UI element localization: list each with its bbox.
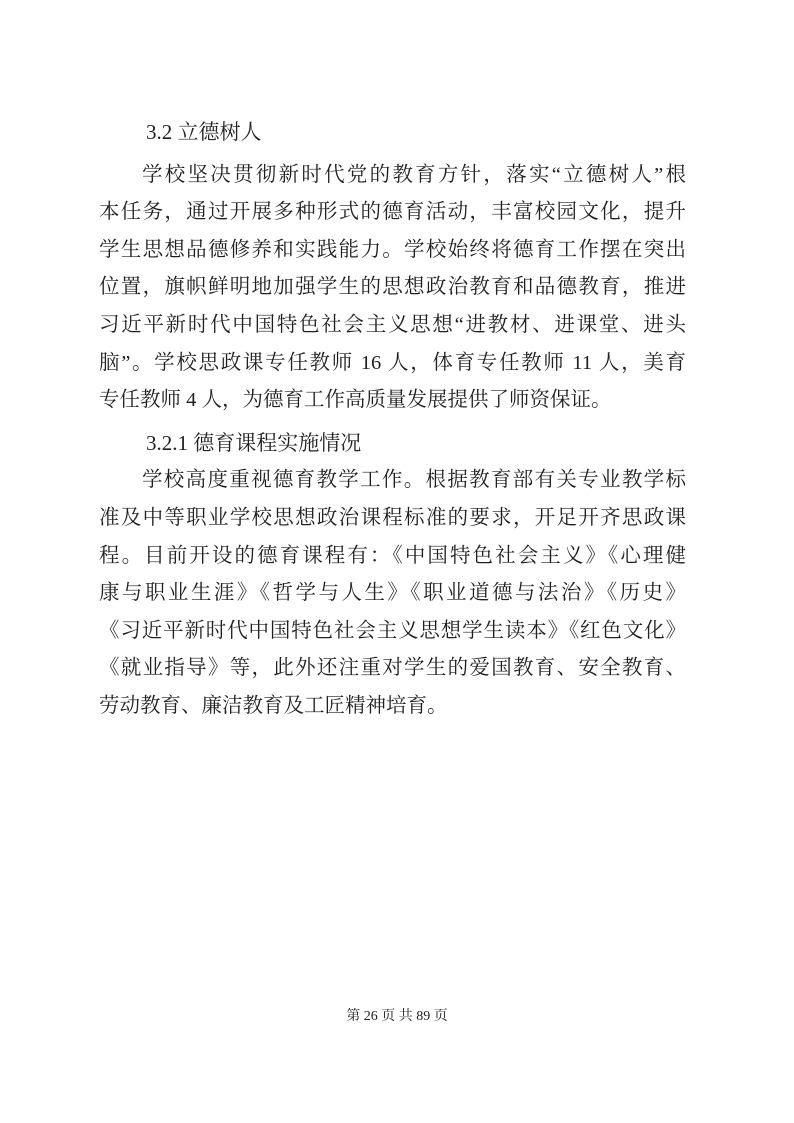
paragraph-lide-shuren: 学校坚决贯彻新时代党的教育方针，落实“立德树人”根 本任务，通过开展多种形式的德… xyxy=(99,157,686,420)
text-line: 学校高度重视德育教学工作。根据教育部有关专业教学标 xyxy=(99,462,686,500)
page-number-footer: 第 26 页 共 89 页 xyxy=(0,1007,794,1027)
text-line: 准及中等职业学校思想政治课程标准的要求，开足开齐思政课 xyxy=(99,500,686,538)
text-line: 《习近平新时代中国特色社会主义思想学生读本》《红色文化》 xyxy=(99,613,686,651)
section-heading-3-2: 3.2 立德树人 xyxy=(99,114,686,152)
text-line: 程。目前开设的德育课程有：《中国特色社会主义》《心理健 xyxy=(99,538,686,576)
text-line: 《就业指导》等，此外还注重对学生的爱国教育、安全教育、 xyxy=(99,650,686,688)
text-line: 学生思想品德修养和实践能力。学校始终将德育工作摆在突出 xyxy=(99,232,686,270)
text-line: 脑”。学校思政课专任教师 16 人，体育专任教师 11 人，美育 xyxy=(99,345,686,383)
text-line: 康与职业生涯》《哲学与人生》《职业道德与法治》《历史》 xyxy=(99,575,686,613)
text-line: 专任教师 4 人，为德育工作高质量发展提供了师资保证。 xyxy=(99,382,686,420)
text-line: 位置，旗帜鲜明地加强学生的思想政治教育和品德教育，推进 xyxy=(99,269,686,307)
text-line: 本任务，通过开展多种形式的德育活动，丰富校园文化，提升 xyxy=(99,194,686,232)
document-content: 3.2 立德树人 学校坚决贯彻新时代党的教育方针，落实“立德树人”根 本任务，通… xyxy=(99,114,686,726)
section-heading-3-2-1: 3.2.1 德育课程实施情况 xyxy=(99,425,686,463)
text-line: 习近平新时代中国特色社会主义思想“进教材、进课堂、进头 xyxy=(99,307,686,345)
document-page: 3.2 立德树人 学校坚决贯彻新时代党的教育方针，落实“立德树人”根 本任务，通… xyxy=(0,0,794,1123)
paragraph-deyu-curriculum: 学校高度重视德育教学工作。根据教育部有关专业教学标 准及中等职业学校思想政治课程… xyxy=(99,462,686,725)
text-line: 学校坚决贯彻新时代党的教育方针，落实“立德树人”根 xyxy=(99,157,686,195)
text-line: 劳动教育、廉洁教育及工匠精神培育。 xyxy=(99,688,686,726)
